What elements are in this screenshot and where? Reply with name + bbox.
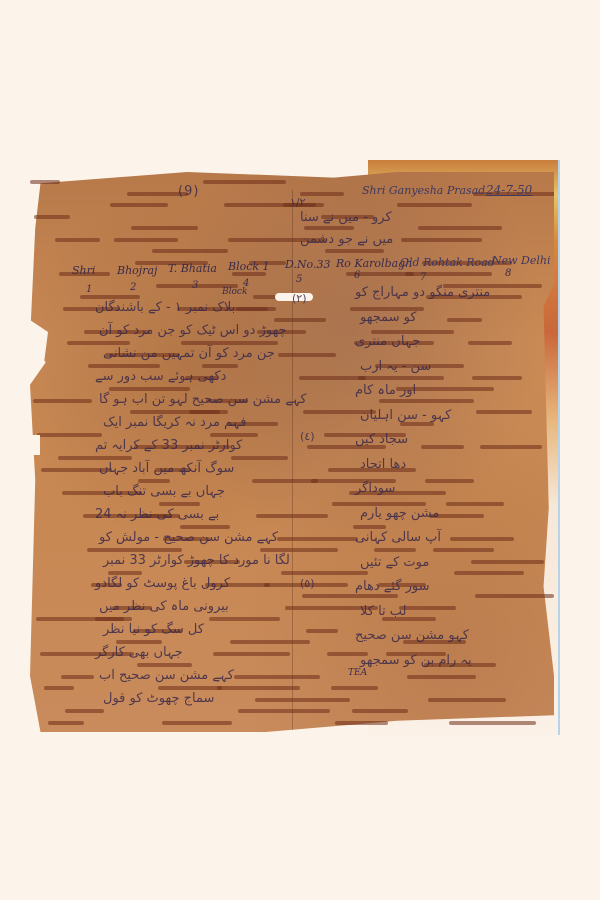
bark-streak: [210, 433, 258, 437]
bark-streak: [335, 721, 388, 725]
bark-streak: [405, 272, 492, 276]
manuscript-line: آپ سالی کہانی: [355, 530, 441, 545]
bark-streak: [213, 652, 290, 656]
bark-streak: [58, 456, 132, 460]
manuscript-line: کرول باغ پوسٹ کو لگادو: [95, 576, 230, 591]
bark-streak: [454, 571, 524, 575]
manuscript-line: کوارٹر نمبر 33 کے کرایہ تم: [95, 438, 242, 453]
bark-streak: [274, 318, 326, 322]
bark-streak: [65, 709, 104, 713]
manuscript-line: کہے مشن سن صحیح - مولش کو: [99, 530, 278, 545]
bark-streak: [471, 560, 544, 564]
margin-mark: (٥): [300, 577, 315, 590]
bark-streak: [137, 663, 192, 667]
bark-streak: [449, 721, 536, 725]
manuscript-line: لب تا کلا: [360, 604, 407, 619]
page-marker: (9): [178, 184, 199, 199]
bark-streak: [109, 387, 190, 391]
bark-streak: [80, 295, 140, 299]
manuscript-line: دکھی ہوئے سب دور سے: [95, 369, 226, 384]
bark-streak: [55, 238, 100, 242]
bark-streak: [238, 709, 330, 713]
bark-streak: [379, 399, 474, 403]
manuscript-line: کہے مشن سن صحیح لہو تن اب ہو گا: [99, 392, 307, 407]
address-word: Shri: [72, 264, 95, 277]
bark-streak: [352, 709, 408, 713]
author-line: Shri Ganyesha Prasad: [362, 184, 485, 197]
address-number: 6: [354, 270, 360, 281]
bark-streak: [299, 376, 366, 380]
bark-streak: [236, 307, 276, 311]
manuscript-line: سجاد کیں: [355, 432, 408, 447]
bark-streak: [209, 617, 280, 621]
bark-streak: [446, 502, 504, 506]
date: 24-7-50: [486, 183, 532, 197]
bark-streak: [447, 318, 482, 322]
bark-streak: [114, 238, 178, 242]
bark-streak: [450, 537, 514, 541]
bark-streak: [260, 548, 338, 552]
manuscript-line: جن مرد کو آن تمہیں من نشانی: [103, 346, 275, 361]
bark-streak: [256, 514, 328, 518]
address-word: D.No.33: [285, 258, 330, 271]
bark-streak: [231, 456, 288, 460]
bark-streak: [87, 548, 182, 552]
margin-mark: (٢): [292, 292, 307, 305]
header-urdu-line: کرو - میں نے سنا: [300, 210, 392, 225]
bark-streak: [433, 548, 494, 552]
bark-streak: [162, 721, 232, 725]
bark-streak: [476, 410, 532, 414]
manuscript-line: لگا نا مورد کا چھوڑ کوارٹر 33 نمبر: [103, 553, 290, 568]
address-number: 1: [86, 284, 92, 295]
bark-streak: [48, 721, 84, 725]
bark-streak: [421, 445, 464, 449]
annotation: TEA: [348, 668, 367, 678]
bark-streak: [300, 192, 344, 196]
address-number: 2: [130, 282, 136, 293]
bark-streak: [203, 180, 286, 184]
bark-streak: [180, 525, 230, 529]
manuscript-line: کہو - سن اہلیان: [360, 408, 451, 423]
sub-marker: ٢/١: [290, 196, 306, 209]
manuscript-line: مشن چھو یارم: [360, 506, 439, 521]
bark-streak: [255, 698, 350, 702]
bark-streak: [371, 330, 454, 334]
bark-streak: [37, 433, 102, 437]
bark-streak: [202, 364, 238, 368]
bark-streak: [304, 226, 354, 230]
manuscript-line: جہاں بے بسی تنگ باب: [103, 484, 225, 499]
bark-streak: [418, 226, 502, 230]
manuscript-line: موت کے تئیں: [360, 555, 429, 570]
bark-streak: [306, 629, 338, 633]
manuscript-line: جہاں منتری: [355, 334, 420, 349]
bark-streak: [67, 341, 130, 345]
manuscript-line: بے بسی کی نظر نہ 42: [95, 507, 219, 522]
manuscript-line: کل سگ کو نیا نظر: [103, 622, 204, 637]
manuscript-line: کو سمجھو: [360, 310, 417, 325]
bark-streak: [302, 594, 398, 598]
bark-streak: [159, 502, 200, 506]
address-word: New Delhi: [492, 254, 551, 267]
manuscript-line: منتری منگو دو مہاراج کو: [355, 285, 490, 300]
bark-streak: [468, 341, 512, 345]
bark-streak: [116, 640, 162, 644]
address-word: T. Bhatia: [168, 262, 217, 275]
manuscript-line: یہ رام بن کو سمجھو: [360, 653, 472, 668]
manuscript-line: جہاں بھی کارگر: [95, 645, 183, 660]
bark-streak: [281, 571, 368, 575]
bark-streak: [399, 606, 456, 610]
bark-streak: [277, 537, 358, 541]
bark-streak: [30, 180, 60, 184]
bark-streak: [131, 226, 198, 230]
manuscript-line: سوگ آنکھ میں آباد جہاں: [99, 461, 234, 476]
manuscript-line: کہو مشن سن صحیح: [355, 628, 469, 643]
bark-streak: [425, 479, 474, 483]
bark-streak: [44, 686, 74, 690]
manuscript-line: سماج چھوٹ کو قول: [103, 691, 214, 706]
bark-streak: [325, 249, 384, 253]
bark-streak: [397, 203, 472, 207]
manuscript-line: چھوڑ دو اس ٹیک کو جن مرد کو آن: [99, 323, 287, 338]
bark-streak: [230, 640, 310, 644]
bark-streak: [475, 594, 554, 598]
address-number: 3: [192, 280, 198, 291]
bark-streak: [401, 238, 482, 242]
address-number: 5: [296, 274, 302, 285]
tear-hole: [30, 435, 40, 455]
bark-streak: [181, 341, 278, 345]
address-word: Old Rohtak Road: [400, 256, 495, 269]
bark-streak: [88, 364, 160, 368]
bark-streak: [217, 686, 300, 690]
bark-streak: [252, 479, 318, 483]
bark-streak: [331, 686, 378, 690]
address-number: 7: [420, 272, 426, 283]
manuscript-line: دھا اتحاد: [360, 457, 406, 472]
bark-streak: [189, 410, 228, 414]
address-word: Bhojraj: [117, 264, 157, 277]
address-number: 8: [505, 268, 511, 279]
bark-streak: [353, 525, 386, 529]
bark-streak: [34, 215, 70, 219]
header-urdu-line: میں نے جو دشمن: [300, 232, 393, 247]
bark-streak: [278, 353, 336, 357]
bark-streak: [138, 479, 170, 483]
block-note: Block: [222, 287, 247, 297]
bark-streak: [110, 203, 168, 207]
manuscript-line: بیرونی ماہ کی نظر میں: [99, 599, 229, 614]
bark-streak: [472, 376, 522, 380]
address-word: Block 1: [228, 260, 270, 273]
manuscript-line: سوداگر: [355, 481, 395, 496]
bark-streak: [358, 376, 444, 380]
bark-streak: [61, 675, 94, 679]
bark-streak: [480, 445, 542, 449]
manuscript-line: سور گئے دھام: [355, 579, 430, 594]
bark-streak: [234, 675, 320, 679]
bark-streak: [152, 249, 228, 253]
bark-streak: [407, 675, 476, 679]
bark-streak: [33, 399, 92, 403]
manuscript-line: اور ماہ کام: [355, 383, 416, 398]
bark-streak: [428, 698, 506, 702]
bark-streak: [108, 571, 142, 575]
manuscript-line: فہم مرد نہ کریگا نمبر ایک: [103, 415, 247, 430]
manuscript-line: سن - یہ ارب: [360, 359, 431, 374]
manuscript-line: کہے مشن سن صحیح اب: [99, 668, 234, 683]
margin-mark: (٤): [300, 430, 315, 443]
bark-streak: [158, 686, 222, 690]
manuscript-line: بلاک نمبر ١ - کے باشندگان: [95, 300, 235, 315]
bark-streak: [95, 617, 132, 621]
bark-streak: [374, 548, 416, 552]
